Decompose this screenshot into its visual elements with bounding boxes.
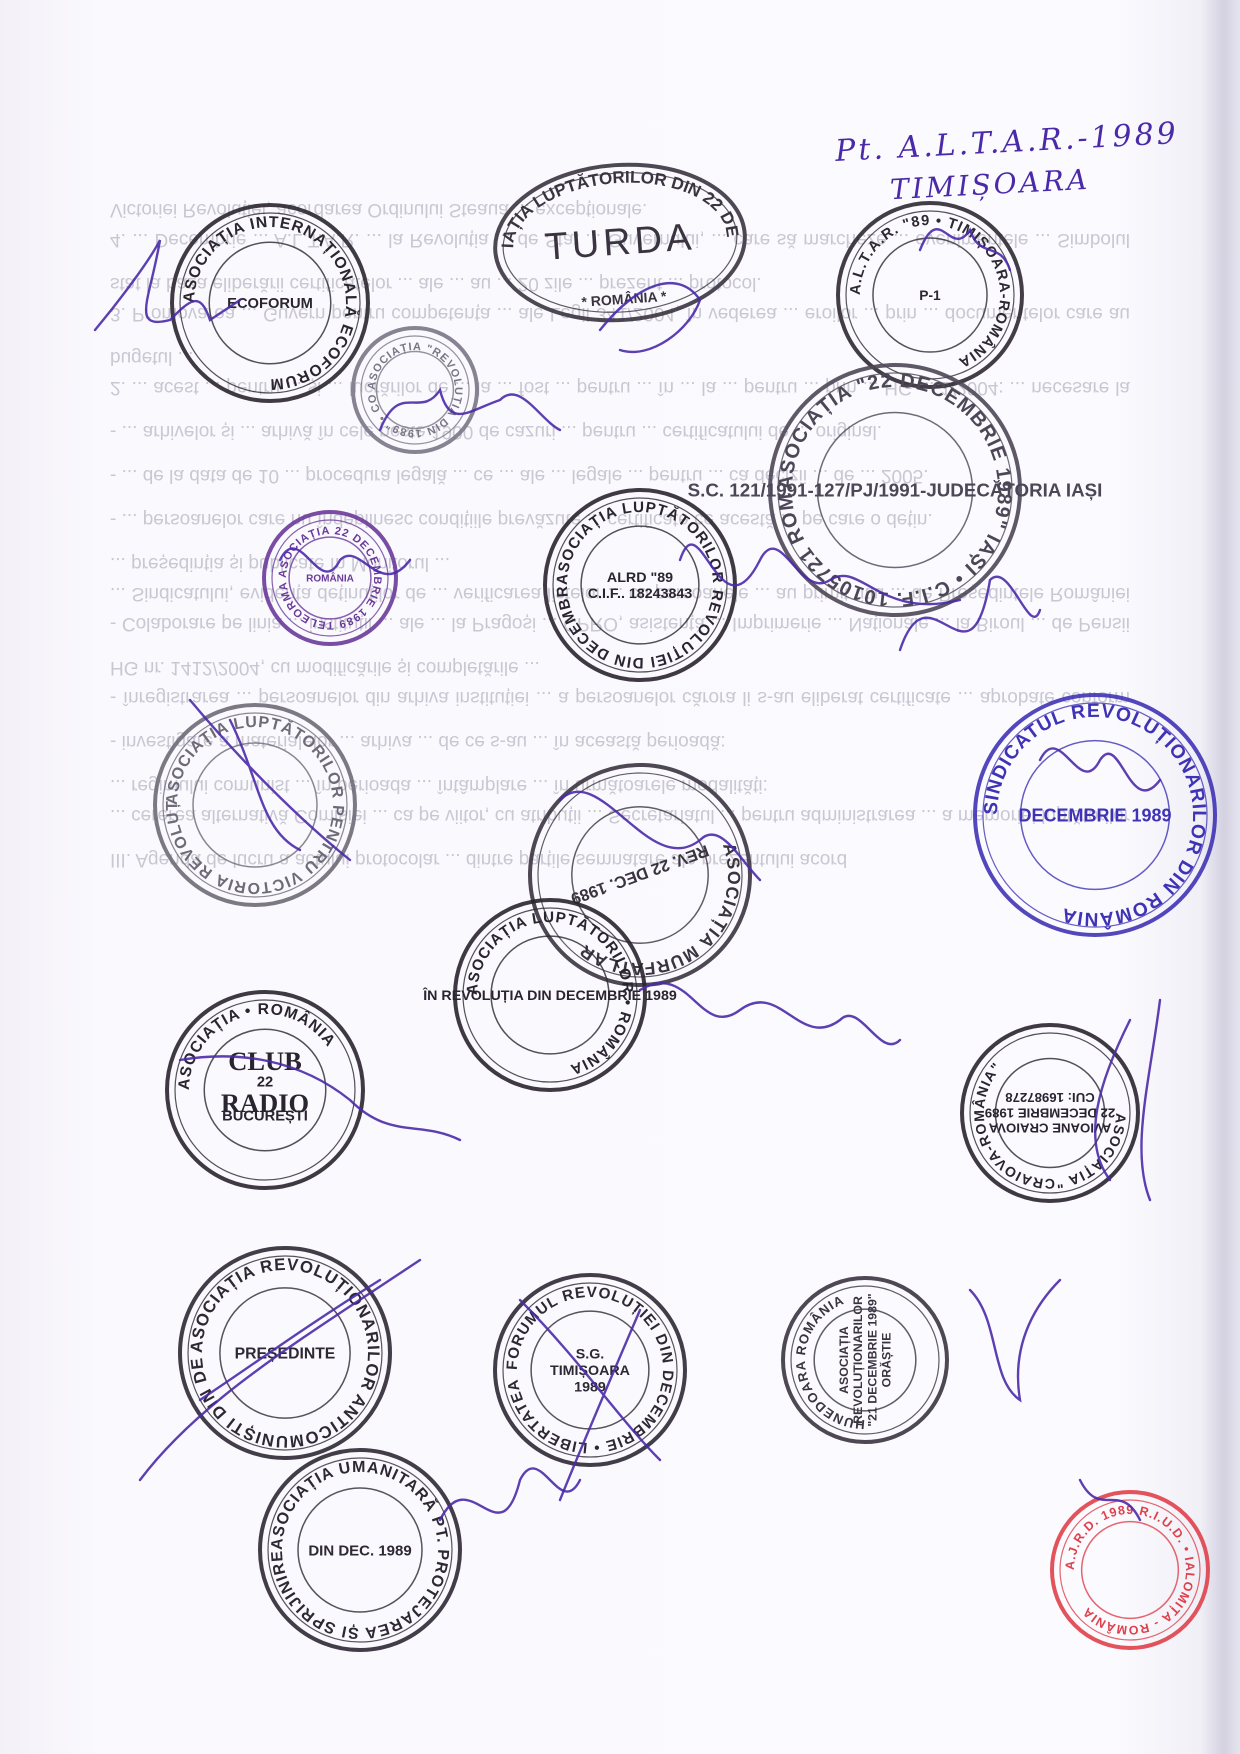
svg-text:ALRD "89: ALRD "89	[607, 570, 673, 586]
svg-text:S.C. 121/1991-127/PJ/1991-JUDE: S.C. 121/1991-127/PJ/1991-JUDECĂTORIA IA…	[688, 480, 1103, 501]
svg-text:S.G.: S.G.	[576, 1347, 605, 1363]
svg-text:ÎN REVOLUȚIA DIN DECEMBRIE 198: ÎN REVOLUȚIA DIN DECEMBRIE 1989	[422, 986, 677, 1004]
svg-text:PREȘEDINTE: PREȘEDINTE	[235, 1346, 336, 1363]
stamp-anticomunisti: ASOCIAȚIA REVOLUȚIONARILOR ANTICOMUNIȘTI…	[170, 1238, 400, 1473]
svg-text:P-1: P-1	[919, 288, 941, 303]
stamp-craiova: ASOCIAȚIA "CRAIOVA-ROMÂNIA"AVIOANE CRAIO…	[952, 1015, 1148, 1216]
stamp-ring-text: A.J.R.D. 1989 R.I.U.D. • IALOMIȚA - ROMÂ…	[1063, 1503, 1197, 1637]
svg-text:* ROMÂNIA *: * ROMÂNIA *	[581, 286, 668, 309]
svg-text:A.J.R.D. 1989 R.I.U.D. • IAL: A.J.R.D. 1989 R.I.U.D. • IALOMIȚA - ROMÂ…	[1063, 1503, 1197, 1637]
stamp-teleorman: ASOCIAȚIA 22 DECEMBRIE 1989 TELEORMANROM…	[254, 502, 406, 659]
svg-text:TIMIȘOARA: TIMIȘOARA	[550, 1363, 630, 1379]
stamp-constanta: ASOCIAȚIA "REVOLUȚIA DIN 1989" • CONSTAN…	[343, 318, 487, 467]
stamp-forumul: FORUMUL REVOLUȚIEI DIN DECEMBRIE • LIBER…	[485, 1265, 695, 1480]
svg-text:"21 DECEMBRIE 1989": "21 DECEMBRIE 1989"	[865, 1293, 879, 1426]
svg-text:22 DECEMBRIE 1989: 22 DECEMBRIE 1989	[985, 1105, 1115, 1120]
stamp-luptatori-romania: ASOCIAȚIA LUPTĂTORILOR • ROMÂNIAÎN REVOL…	[445, 890, 655, 1105]
stamp-umanitara: ASOCIAȚIA UMANITARĂ PT. PROTEJAREA ȘI SP…	[250, 1440, 470, 1665]
svg-text:ROMÂNIA: ROMÂNIA	[306, 572, 354, 585]
stamp-ring-text: ASOCIAȚIA "22 DECEMBRIE 1989" IAȘI • C.I…	[752, 336, 1015, 610]
stamp-club-radio: ASOCIAȚIA • ROMÂNIACLUB22RADIOBUCUREȘTI	[157, 982, 373, 1203]
svg-text:ECOFORUM: ECOFORUM	[227, 296, 313, 312]
stamp-iasi: ASOCIAȚIA "22 DECEMBRIE 1989" IAȘI • C.I…	[760, 355, 1030, 630]
stamp-hunedoara: HUNEDOARA ROMÂNIAASOCIAȚIAREVOLUȚIONARIL…	[773, 1268, 957, 1457]
svg-text:C.I.F.. 18243843: C.I.F.. 18243843	[588, 586, 693, 602]
signature-stroke	[970, 1280, 1060, 1400]
svg-text:AVIOANE CRAIOVA: AVIOANE CRAIOVA	[988, 1121, 1111, 1136]
stamp-alrd: ASOCIAȚIA LUPTĂTORILOR REVOLUȚIEI DIN DE…	[535, 480, 745, 695]
stamp-turda: ASOCIAȚIA LUPTĂTORILOR DIN 22 DEC. '89TU…	[485, 155, 755, 335]
svg-text:ASOCIAȚIA "22 DECEMBRIE 1989": ASOCIAȚIA "22 DECEMBRIE 1989" IAȘI • C.I…	[752, 336, 1015, 610]
svg-text:1989: 1989	[574, 1379, 606, 1395]
svg-text:REVOLUȚIONARILOR: REVOLUȚIONARILOR	[851, 1296, 865, 1424]
stamp-vaslui: ASOCIAȚIA LUPTĂTORILOR PENTRU VICTORIA R…	[145, 695, 365, 920]
svg-text:ORĂȘTIE: ORĂȘTIE	[879, 1333, 894, 1388]
stamp-sindicat: SINDICATUL REVOLUȚIONARILOR DIN ROMÂNIAD…	[965, 685, 1225, 950]
handwritten-note-line1: Pt. A.L.T.A.R.-1989	[834, 116, 1179, 169]
svg-text:DECEMBRIE 1989: DECEMBRIE 1989	[1018, 805, 1171, 825]
svg-text:BUCUREȘTI: BUCUREȘTI	[222, 1109, 308, 1125]
svg-text:CUI: 16987278: CUI: 16987278	[1005, 1090, 1094, 1105]
scanned-page: III. Agenda de lucru a actului protocola…	[0, 0, 1240, 1754]
svg-text:ASOCIAȚIA: ASOCIAȚIA	[837, 1326, 851, 1394]
svg-text:DIN DEC. 1989: DIN DEC. 1989	[308, 1542, 411, 1559]
stamp-ajrd: A.J.R.D. 1989 R.I.U.D. • IALOMIȚA - ROMÂ…	[1042, 1482, 1218, 1663]
svg-text:TURDA: TURDA	[543, 216, 696, 268]
svg-text:CLUB: CLUB	[228, 1046, 302, 1076]
